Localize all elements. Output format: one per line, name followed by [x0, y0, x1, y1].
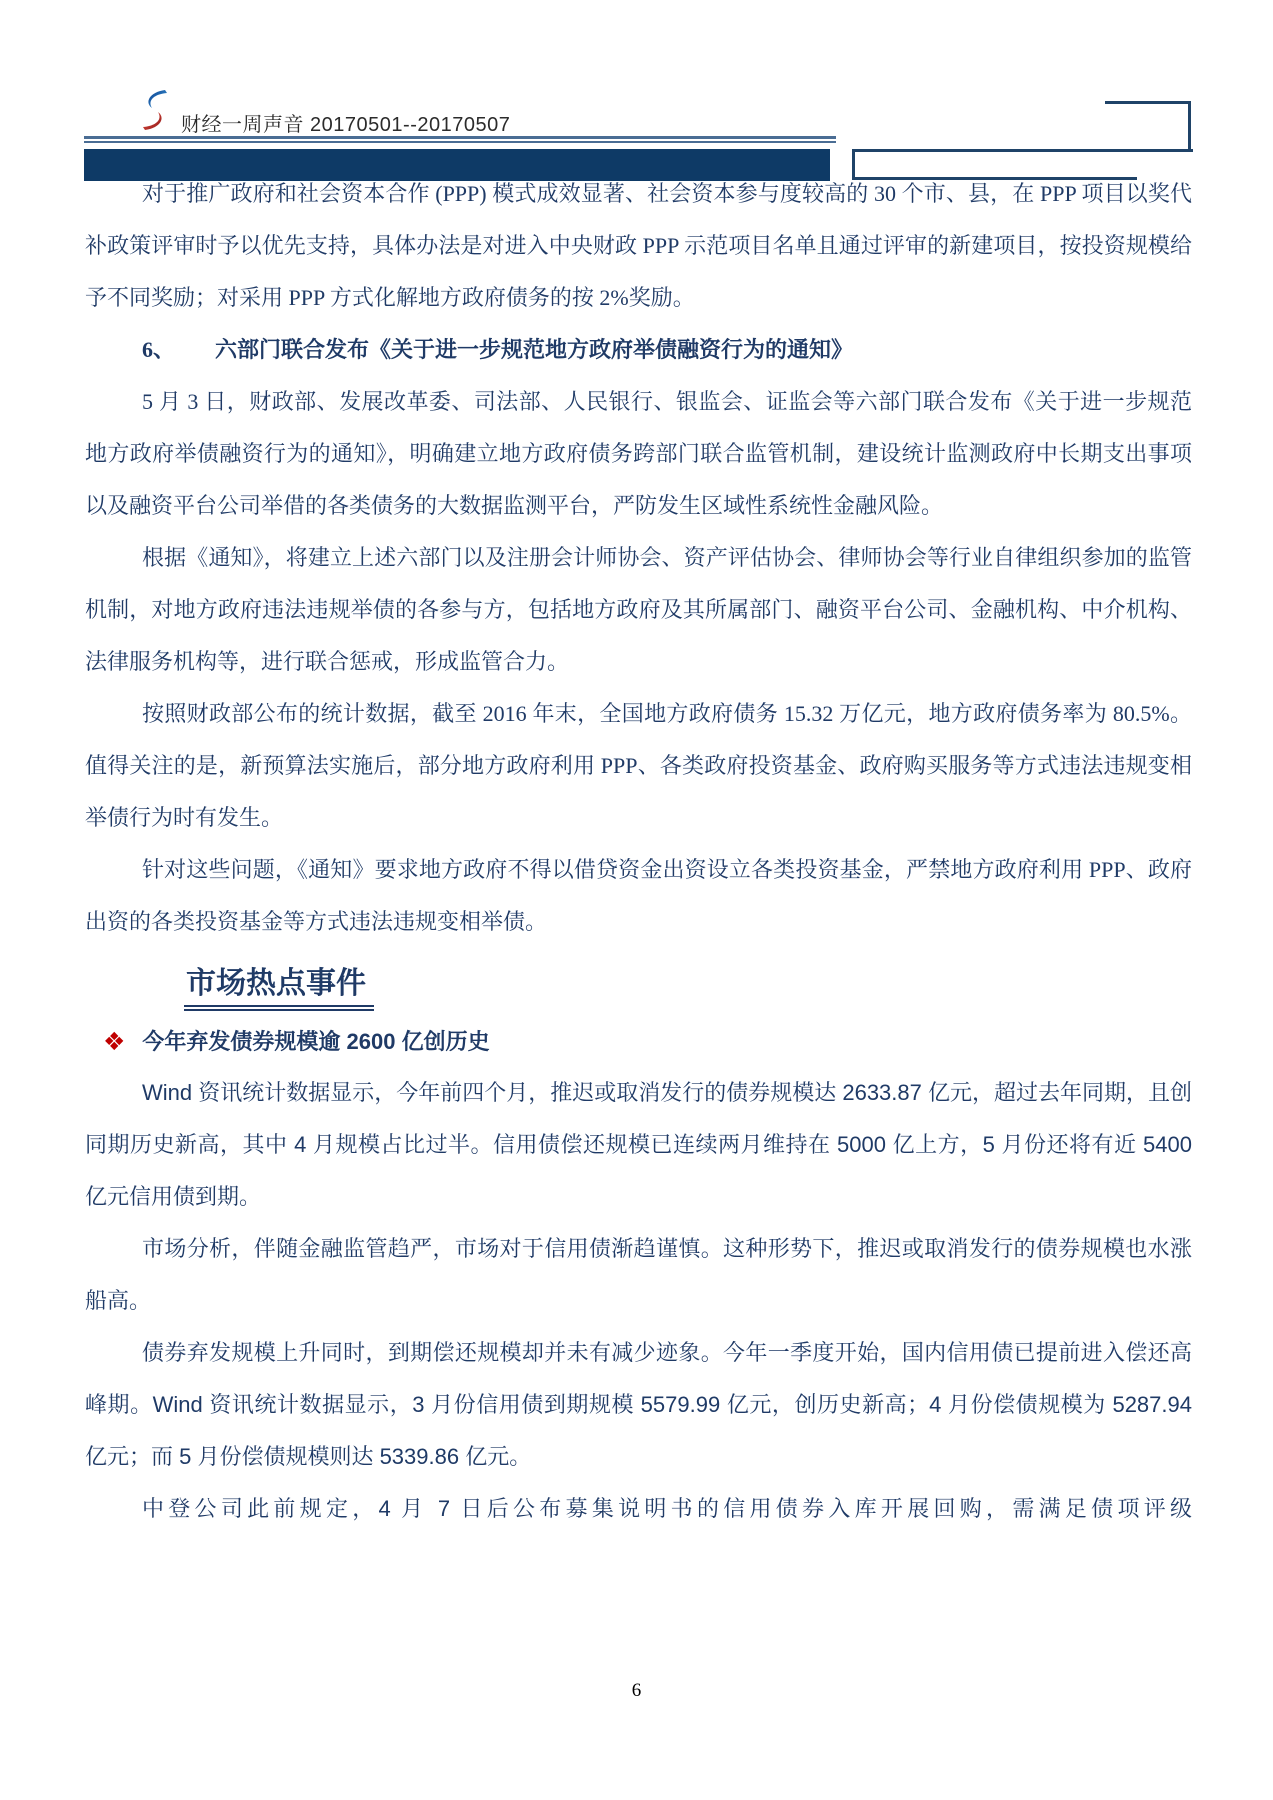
paragraph-supervision-mechanism: 根据《通知》，将建立上述六部门以及注册会计师协会、资产评估协会、律师协会等行业自…: [85, 532, 1192, 688]
paragraph-wind-data: Wind 资讯统计数据显示，今年前四个月，推迟或取消发行的债券规模达 2633.…: [85, 1067, 1192, 1223]
paragraph-notice-requirements: 针对这些问题，《通知》要求地方政府不得以借贷资金出资设立各类投资基金，严禁地方政…: [85, 844, 1192, 948]
red-diamond-bullet-icon: ❖: [103, 1027, 125, 1057]
paragraph-market-analysis: 市场分析，伴随金融监管趋严，市场对于信用债渐趋谨慎。这种形势下，推迟或取消发行的…: [85, 1223, 1192, 1327]
paragraph-ppp-reward: 对于推广政府和社会资本合作 (PPP) 模式成效显著、社会资本参与度较高的 30…: [85, 168, 1192, 324]
section-title-market-hotspots: 市场热点事件: [184, 966, 374, 1011]
bullet-headline-row: ❖ 今年弃发债券规模逾 2600 亿创历史: [85, 1027, 1192, 1057]
heading-text: 六部门联合发布《关于进一步规范地方政府举债融资行为的通知》: [215, 337, 853, 362]
paragraph-debt-statistics: 按照财政部公布的统计数据，截至 2016 年末，全国地方政府债务 15.32 万…: [85, 688, 1192, 844]
heading-item-6: 6、六部门联合发布《关于进一步规范地方政府举债融资行为的通知》: [85, 324, 1192, 376]
s-ribbon-logo-icon: [139, 88, 171, 132]
document-page: 财经一周声音 20170501--20170507 对于推广政府和社会资本合作 …: [0, 0, 1273, 1800]
page-number: 6: [0, 1680, 1273, 1702]
market-paragraphs: Wind 资讯统计数据显示，今年前四个月，推迟或取消发行的债券规模达 2633.…: [85, 1067, 1192, 1535]
paragraph-notice-release: 5 月 3 日，财政部、发展改革委、司法部、人民银行、银监会、证监会等六部门联合…: [85, 376, 1192, 532]
document-body: 对于推广政府和社会资本合作 (PPP) 模式成效显著、社会资本参与度较高的 30…: [85, 168, 1192, 1535]
heading-number: 6、: [142, 337, 175, 362]
bullet-headline-bond-cancellation: 今年弃发债券规模逾 2600 亿创历史: [142, 1027, 489, 1057]
market-section: 市场热点事件: [85, 966, 1192, 1011]
paragraph-repayment-peak: 债券弃发规模上升同时，到期偿还规模却并未有减少迹象。今年一季度开始，国内信用债已…: [85, 1327, 1192, 1483]
paragraph-csdc-rule: 中登公司此前规定，4 月 7 日后公布募集说明书的信用债券入库开展回购，需满足债…: [85, 1483, 1192, 1535]
header-deco-box-top-right: [1105, 101, 1191, 151]
header-title: 财经一周声音 20170501--20170507: [181, 108, 510, 137]
header-double-rule: [84, 136, 836, 143]
